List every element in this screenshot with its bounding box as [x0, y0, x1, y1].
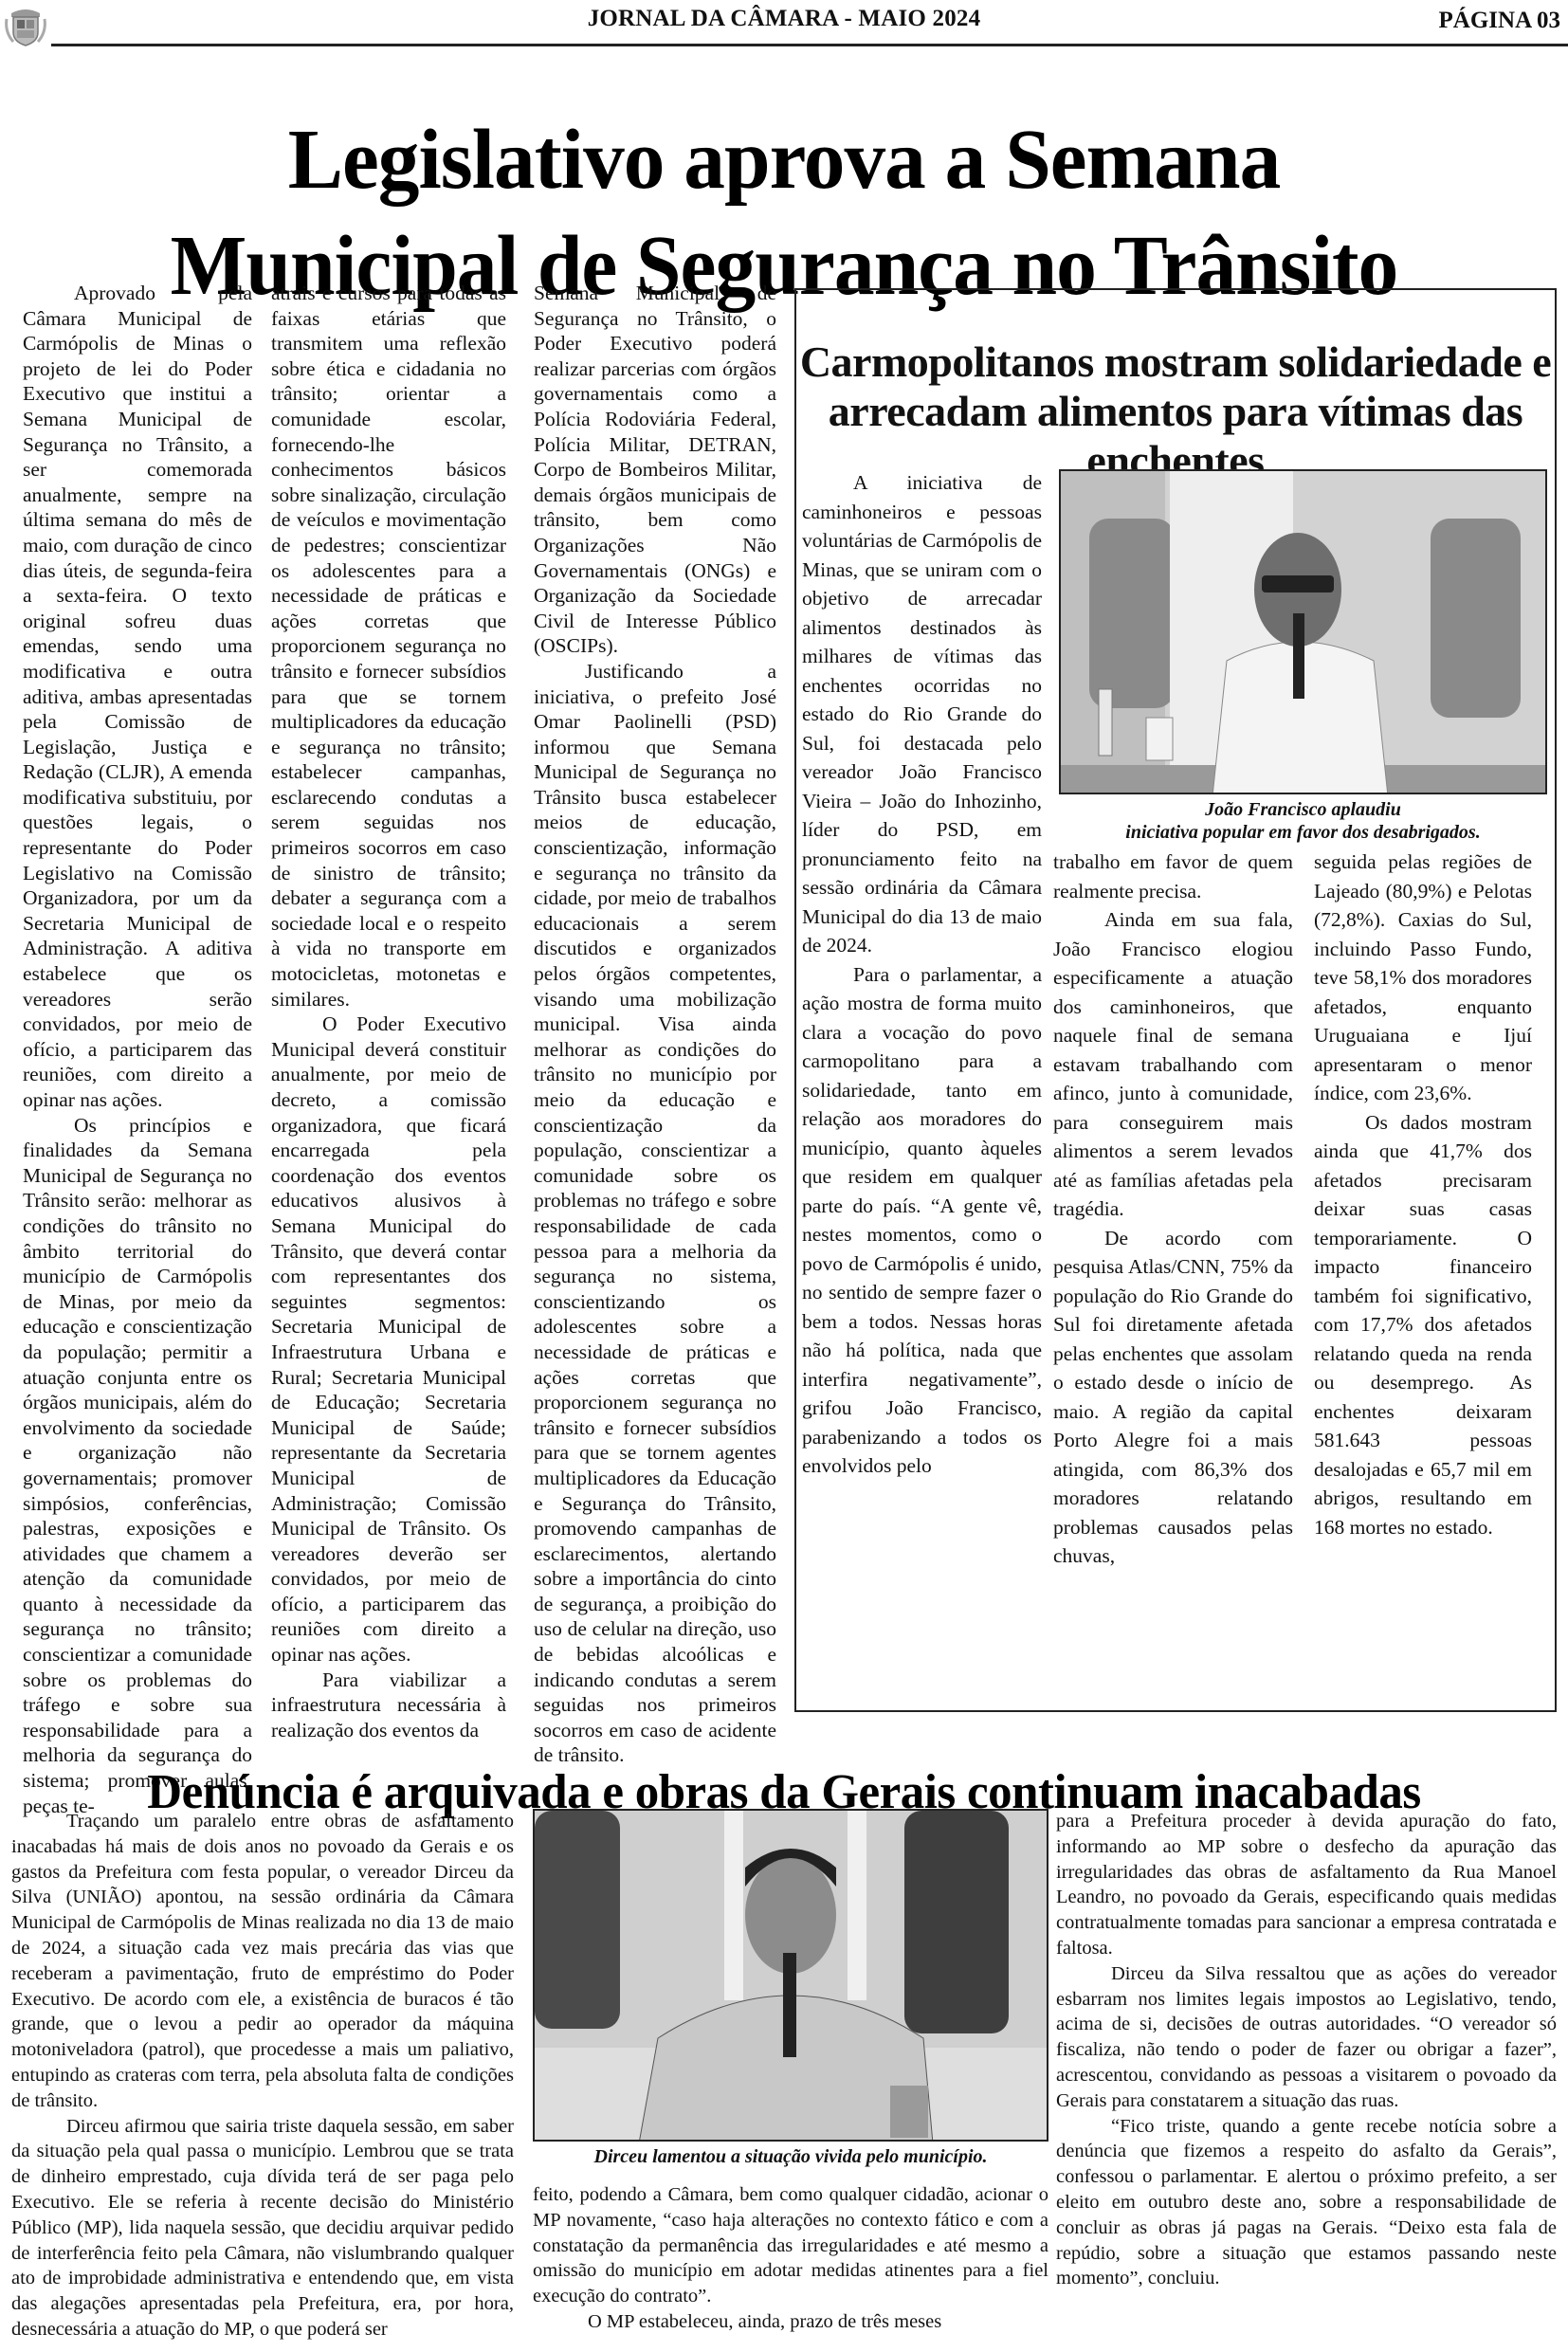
main-headline-line-1: Legislativo aprova a Semana — [24, 118, 1544, 203]
paragraph: Traçando um paralelo entre obras de asfa… — [11, 1809, 514, 2114]
paragraph: O Poder Executivo Municipal deverá const… — [271, 1012, 506, 1667]
masthead: JORNAL DA CÂMARA - MAIO 2024 PÁGINA 03 — [0, 0, 1568, 47]
second-article-column-3: para a Prefeitura proceder à devida apur… — [1056, 1809, 1557, 2291]
caption-line-1: João Francisco aplaudiu — [1059, 798, 1547, 821]
paragraph: Dirceu afirmou que sairia triste daquela… — [11, 2114, 514, 2343]
joao-francisco-photo — [1059, 469, 1547, 794]
paragraph: Semana Municipal de Segurança no Trânsit… — [534, 281, 776, 659]
paragraph: Para o parlamentar, a ação mostra de for… — [802, 960, 1042, 1481]
paragraph: Os dados mostram ainda que 41,7% dos afe… — [1314, 1108, 1532, 1542]
box-headline: Carmopolitanos mostram solidariedade e a… — [796, 337, 1555, 485]
second-article-column-2: feito, podendo a Câmara, bem como qualqu… — [533, 2182, 1048, 2335]
main-article-column-2: atrais e cursos para todas as faixas etá… — [271, 281, 506, 1742]
paragraph: Dirceu da Silva ressaltou que as ações d… — [1056, 1961, 1557, 2114]
paragraph: Aprovado pela Câmara Municipal de Carmóp… — [23, 281, 252, 1113]
paragraph: para a Prefeitura proceder à devida apur… — [1056, 1809, 1557, 1961]
newspaper-title: JORNAL DA CÂMARA - MAIO 2024 — [0, 6, 1568, 32]
box-column-3: seguida pelas regiões de Lajeado (80,9%)… — [1314, 848, 1532, 1541]
photo-caption-dirceu: Dirceu lamentou a situação vivida pelo m… — [533, 2145, 1048, 2168]
paragraph: atrais e cursos para todas as faixas etá… — [271, 281, 506, 1012]
caption-line-2: iniciativa popular em favor dos desabrig… — [1059, 821, 1547, 844]
main-article-column-3: Semana Municipal de Segurança no Trânsit… — [534, 281, 776, 1768]
paragraph: O MP estabeleceu, ainda, prazo de três m… — [533, 2309, 1048, 2335]
paragraph: A iniciativa de caminhoneiros e pessoas … — [802, 468, 1042, 960]
paragraph: “Fico triste, quando a gente recebe notí… — [1056, 2114, 1557, 2292]
paragraph: trabalho em favor de quem realmente prec… — [1053, 848, 1293, 905]
paragraph: Para viabilizar a infraestrutura necessá… — [271, 1668, 506, 1743]
paragraph: De acordo com pesquisa Atlas/CNN, 75% da… — [1053, 1224, 1293, 1571]
masthead-divider — [51, 44, 1568, 46]
paragraph: feito, podendo a Câmara, bem como qualqu… — [533, 2182, 1048, 2309]
paragraph: seguida pelas regiões de Lajeado (80,9%)… — [1314, 848, 1532, 1108]
box-column-1: A iniciativa de caminhoneiros e pessoas … — [802, 468, 1042, 1481]
second-article-column-1: Traçando um paralelo entre obras de asfa… — [11, 1809, 514, 2343]
paragraph: Os princípios e finalidades da Semana Mu… — [23, 1113, 252, 1819]
main-article-column-1: Aprovado pela Câmara Municipal de Carmóp… — [23, 281, 252, 1818]
dirceu-photo — [533, 1809, 1048, 2142]
photo-caption-joao: João Francisco aplaudiu iniciativa popul… — [1059, 798, 1547, 844]
paragraph: Ainda em sua fala, João Francisco elogio… — [1053, 905, 1293, 1224]
paragraph: Justificando a iniciativa, o prefeito Jo… — [534, 659, 776, 1768]
box-column-2: trabalho em favor de quem realmente prec… — [1053, 848, 1293, 1571]
page-number: PÁGINA 03 — [1439, 8, 1560, 34]
